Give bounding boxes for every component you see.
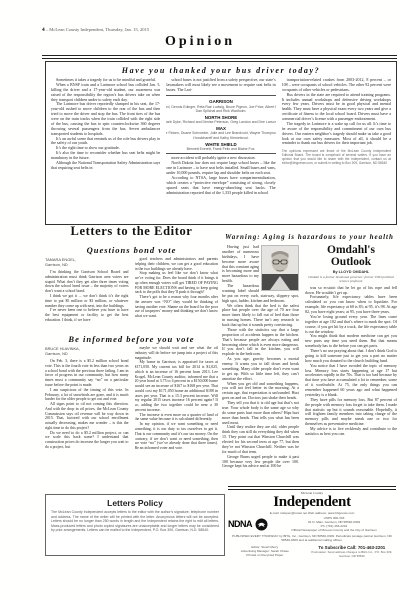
letter2-byline: BRUCE HLAVINKA, Garrison, ND — [45, 346, 129, 356]
newspaper-page: 4 – McLean County Independent, Thursday,… — [0, 0, 400, 600]
masthead-logos: NDNA — [228, 518, 268, 531]
letter2-col1-text: On Feb. 3, there is a $5.2 million schoo… — [45, 359, 129, 450]
omdahl-portrait-photo — [261, 245, 299, 291]
omdahl-column: Having just had another of numerous birt… — [222, 245, 397, 484]
drivers-names-garrison: Jim Crawford, Dennis Edinger, Reta Rae L… — [166, 105, 275, 114]
letter2-location: Garrison, ND — [45, 351, 129, 356]
editorial-col2: school buses is not justified from a saf… — [166, 78, 275, 216]
editorial-col2-bottom: more accident will probably ignite a new… — [166, 156, 275, 195]
masthead-recycled: Printed on Recycled Paper — [228, 553, 302, 557]
eagle-logo — [255, 518, 268, 531]
bus-drivers-box: GARRISON Jim Crawford, Dennis Edinger, R… — [166, 95, 275, 155]
page-folio: 4 – McLean County Independent, Thursday,… — [42, 27, 149, 33]
masthead-info-block: USPS 000-333 91 N. Main, Garrison, ND 58… — [272, 516, 396, 532]
letters-policy-text: The McLean County Independent accepts le… — [51, 510, 219, 533]
editorial-columns: Sometimes it takes a tragedy for us to b… — [51, 78, 391, 216]
letter2-col2: maybe we should wait and see what the oi… — [135, 346, 219, 451]
masthead-staff-block: Editor: Stuart Merry Advertising Manager… — [228, 545, 302, 558]
letter-questions-bond-vote: Questions bond vote TAMARA ENGEL, Garris… — [45, 245, 218, 332]
masthead-contact-line: E-mail: indepen@restel.net Web address: … — [228, 511, 396, 515]
drivers-names-north-shore: Barb Dyke, Richard and Denise Peterson, … — [166, 120, 275, 124]
header-rule — [42, 55, 397, 59]
letter1-location: Garrison, ND — [45, 262, 129, 267]
omdahl-title-line2: Outlook — [305, 257, 397, 269]
letters-policy-box: Letters Policy The McLean County Indepen… — [45, 494, 225, 556]
omdahl-col-a: Having just had another of numerous birt… — [222, 245, 299, 484]
masthead-newspaper-name: Independent — [228, 495, 396, 509]
masthead-official: Official Newspaper of McLean County and … — [272, 528, 396, 532]
omdahl-title-block: Omdahl's Outlook By LLOYD OMDAHL Omdahl … — [305, 245, 397, 283]
letter1-title: Questions bond vote — [45, 245, 218, 255]
omdahl-headline: Warning: Aging is hazardous to your heal… — [222, 233, 397, 241]
editorial-col2-top: school buses is not justified from a saf… — [166, 78, 275, 93]
letter1-byline: TAMARA ENGEL, Garrison, ND — [45, 257, 129, 267]
masthead-subscribe-block: To Subscribe Call: 701-463-2201 Postmast… — [308, 545, 396, 559]
editorial-col3: transportation-related crashes from 2003… — [282, 78, 391, 216]
section-title: Opinion — [0, 34, 400, 50]
masthead-rule — [228, 486, 396, 490]
folio-text: – McLean County Independent, Thursday, J… — [45, 27, 150, 32]
editorial-col1: Sometimes it takes a tragedy for us to b… — [51, 78, 160, 216]
letter2-title: Be informed before you vote — [45, 334, 218, 344]
omdahl-col-b: Omdahl's Outlook By LLOYD OMDAHL Omdahl … — [305, 245, 397, 484]
editorial-box: Have you thanked your bus driver today? … — [45, 61, 397, 225]
editorial-col3-text: transportation-related crashes from 2003… — [282, 78, 391, 146]
drivers-names-white-shield: Bennett Everett, Frank Felix and Blaine … — [166, 147, 275, 151]
letter1-col2: good teachers and administrators and par… — [135, 257, 219, 323]
masthead-published-line: PUBLISHED EVERY THURSDAY by BHG, Inc., G… — [228, 534, 396, 542]
letter-be-informed: Be informed before you vote BRUCE HLAVIN… — [45, 334, 218, 490]
omdahl-credit: Omdahl is a former lieutenant governor; … — [305, 275, 397, 283]
masthead: McLean County Independent E-mail: indepe… — [228, 486, 396, 558]
drivers-names-max: DeAnne Finken, Duane Schroeder, Julie an… — [166, 131, 275, 140]
ndna-logo: NDNA — [228, 519, 252, 529]
omdahl-col-b-text: was so ecstatic that he let go of his ro… — [305, 286, 397, 437]
masthead-postmaster-line: Postmaster: Send address changes to BHG … — [308, 551, 396, 559]
letters-policy-title: Letters Policy — [51, 498, 219, 508]
letter1-col1-text: I’m thinking the Garrison School Board a… — [45, 270, 129, 322]
omdahl-title-line1: Omdahl's — [305, 245, 397, 257]
letter1-col1: TAMARA ENGEL, Garrison, ND I’m thinking … — [45, 257, 129, 323]
editorial-disclaimer: The opinions expressed are those of the … — [282, 149, 391, 165]
editorial-title: Have you thanked your bus driver today? — [51, 66, 391, 75]
letter2-col1: BRUCE HLAVINKA, Garrison, ND On Feb. 3, … — [45, 346, 129, 451]
letters-section-title: Letters to the Editor — [45, 224, 218, 239]
